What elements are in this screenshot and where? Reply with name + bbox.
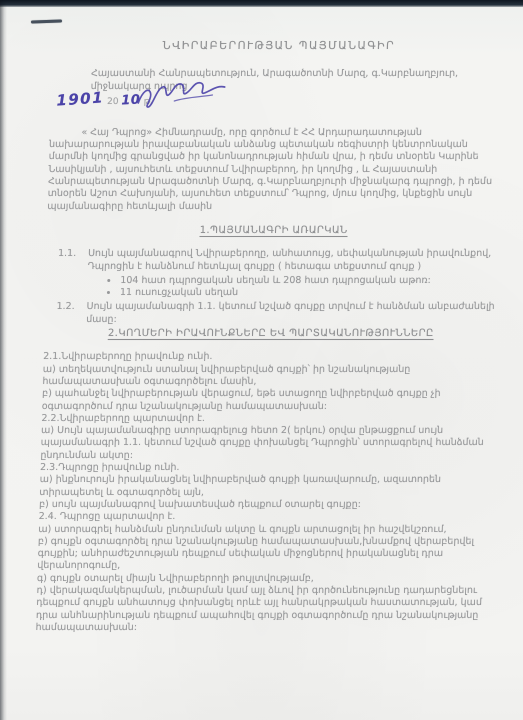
list-item: 11 ուսուցչական սեղան: [107, 287, 499, 299]
section-2-heading: 2.ԿՈՂՄԵՐԻ ԻՐԱՎՈՒՆՔՆԵՐԸ ԵՎ ՊԱՐՏԱԿԱՆՈՒԹՅՈՒ…: [44, 328, 498, 340]
clause-block-2-2: 2.2.Նվիրաբերողը պարտավոր է. ա) Սույն պայ…: [40, 413, 495, 462]
clause-text: Սույն պայամանագրի 1.1. կետում նշված գույ…: [86, 301, 499, 326]
clause-item: դ) վերակազմակերպման, լուծարման կամ այլ ձ…: [35, 585, 490, 634]
clause-intro: 2.2.Նվիրաբերողը պարտավոր է.: [41, 413, 495, 425]
clause-block-2-1: 2.1.Նվիրաբերողը իրավունք ունի. ա) տեղեկա…: [42, 351, 498, 412]
clause-text: Սույն պայմանագրով Նվիրաբերողը, անհատույց…: [87, 248, 500, 273]
signature: [134, 77, 231, 113]
clause-intro: 2.1.Նվիրաբերողը իրավունք ունի.: [43, 351, 497, 363]
clause-block-2-4: 2.4. Դպրոցը պարտավոր է. ա) ստորագրել հան…: [35, 511, 492, 634]
handwritten-day-month: 1901: [56, 91, 104, 107]
clause-number: 1.1.: [57, 248, 88, 273]
date-line: 1901 20 10 թ.: [56, 93, 505, 121]
scanned-page: ՆՎԻՐԱԲԵՐՈՒԹՅԱՆ ՊԱՅՄԱՆԱԳԻՐ Հայաստանի Հանր…: [0, 0, 523, 720]
clause-item: ա) Սույն պայամանագիրը ստորագրելուց հետո …: [40, 425, 495, 462]
list-item-text: 11 ուսուցչական սեղան: [120, 287, 239, 298]
clause-item: բ) գույքն օգտագործել դրա նշանակությանը հ…: [37, 536, 492, 573]
clause-item: ա) ստորագրել հանձման ընդունման ակտը և գո…: [38, 524, 492, 536]
clause-item: բ) սույն պայմանագրով նախատեսված դեպքում …: [39, 499, 493, 511]
fold-mark: [31, 19, 62, 23]
clause-intro: 2.3.Դպրոցը իրավունք ունի.: [40, 462, 494, 474]
clause-item: ա) ինքնուրույն իրականացնել նվիրաբերված գ…: [39, 474, 494, 499]
clause-item: ա) տեղեկատվություն ստանալ նվիրաբերված գո…: [42, 364, 497, 389]
clause-number: 1.2.: [56, 301, 87, 326]
bullet-icon: [107, 291, 110, 294]
scan-left-edge: [0, 0, 7, 720]
list-item: 104 հատ դպրոցական սեղան և 208 հատ դպրոցա…: [107, 275, 499, 287]
clause-item: բ) պահանջել նվիրաբերության վերացում, եթե…: [42, 388, 497, 413]
clause-intro: 2.4. Դպրոցը պարտավոր է.: [38, 511, 492, 523]
printed-year-prefix: 20: [107, 97, 119, 107]
document-title: ՆՎԻՐԱԲԵՐՈՒԹՅԱՆ ՊԱՅՄԱՆԱԳԻՐ: [52, 40, 506, 52]
clause-1-1: 1.1. Սույն պայմանագրով Նվիրաբերողը, անհա…: [57, 248, 500, 273]
clause-1-2: 1.2. Սույն պայամանագրի 1.1. կետում նշված…: [56, 301, 499, 326]
section-1-heading: 1.ՊԱՅՄԱՆԱԳՐԻ ԱՌԱՐԿԱՆ: [46, 225, 500, 237]
document-body: ՆՎԻՐԱԲԵՐՈՒԹՅԱՆ ՊԱՅՄԱՆԱԳԻՐ Հայաստանի Հանր…: [35, 40, 506, 634]
scan-top-edge: [0, 0, 523, 7]
list-item-text: 104 հատ դպրոցական սեղան և 208 հատ դպրոցա…: [120, 275, 431, 286]
bullet-icon: [107, 279, 110, 282]
preamble-paragraph: « Հայ Դպրոց» Հիմնադրամը, որը գործում է Հ…: [47, 127, 503, 213]
clause-block-2-3: 2.3.Դպրոցը իրավունք ունի. ա) ինքնուրույն…: [39, 462, 494, 511]
property-list: 104 հատ դպրոցական սեղան և 208 հատ դպրոցա…: [107, 275, 500, 300]
clause-item: գ) գույքն օտարել միայն Նվիրաբերողի թույլ…: [37, 573, 491, 585]
